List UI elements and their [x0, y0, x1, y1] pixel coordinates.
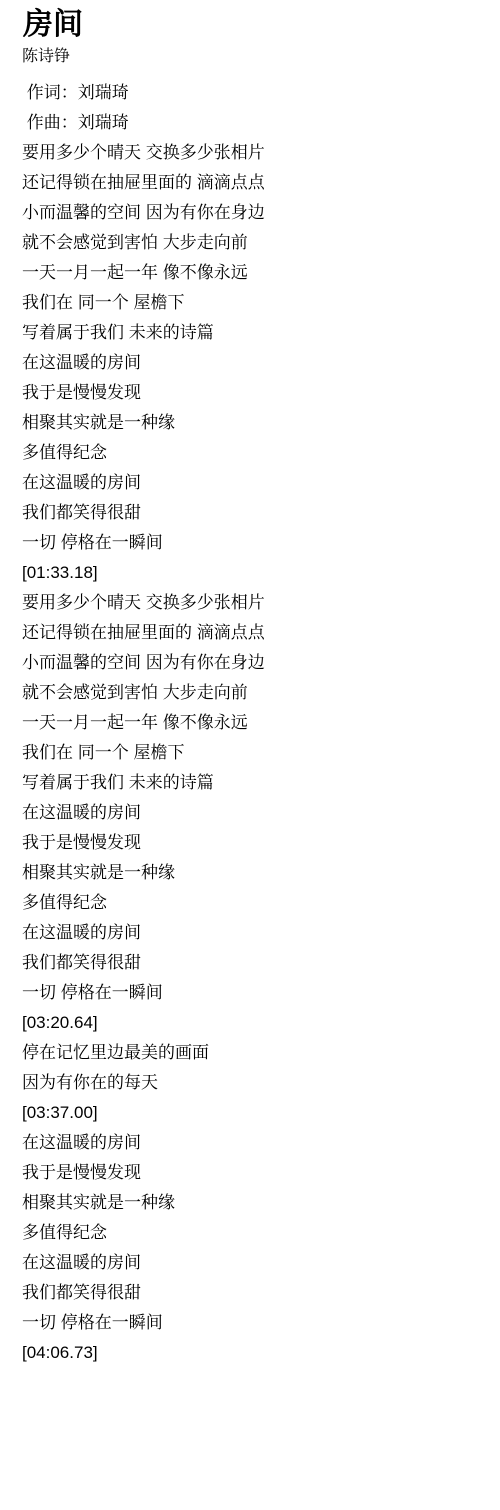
- lyric-line: 一切 停格在一瞬间: [22, 1308, 484, 1338]
- lyric-line: 停在记忆里边最美的画面: [22, 1038, 484, 1068]
- lyric-line: 我们在 同一个 屋檐下: [22, 738, 484, 768]
- timestamp-line: [01:33.18]: [22, 558, 484, 588]
- lyric-line: 写着属于我们 未来的诗篇: [22, 318, 484, 348]
- timestamp-line: [04:06.73]: [22, 1338, 484, 1368]
- lyric-line: 小而温馨的空间 因为有你在身边: [22, 198, 484, 228]
- lyric-line: 还记得锁在抽屉里面的 滴滴点点: [22, 168, 484, 198]
- timestamp-line: [03:37.00]: [22, 1098, 484, 1128]
- lyric-line: 因为有你在的每天: [22, 1068, 484, 1098]
- lyric-line: 就不会感觉到害怕 大步走向前: [22, 678, 484, 708]
- lyrics-block: 作词：刘瑞琦 作曲：刘瑞琦要用多少个晴天 交换多少张相片还记得锁在抽屉里面的 滴…: [22, 78, 484, 1368]
- lyrics-page: 房间 陈诗铮 作词：刘瑞琦 作曲：刘瑞琦要用多少个晴天 交换多少张相片还记得锁在…: [0, 0, 500, 1510]
- lyric-line: 就不会感觉到害怕 大步走向前: [22, 228, 484, 258]
- lyric-line: 在这温暖的房间: [22, 918, 484, 948]
- lyric-line: 作词：刘瑞琦: [22, 78, 484, 108]
- lyric-line: 我们都笑得很甜: [22, 1278, 484, 1308]
- lyric-line: 我们都笑得很甜: [22, 948, 484, 978]
- lyric-line: 一天一月一起一年 像不像永远: [22, 708, 484, 738]
- lyric-line: 写着属于我们 未来的诗篇: [22, 768, 484, 798]
- song-title: 房间: [23, 6, 484, 44]
- lyric-line: 作曲：刘瑞琦: [22, 108, 484, 138]
- lyric-line: 一切 停格在一瞬间: [22, 528, 484, 558]
- lyric-line: 相聚其实就是一种缘: [22, 858, 484, 888]
- lyric-line: 一天一月一起一年 像不像永远: [22, 258, 484, 288]
- lyric-line: 在这温暖的房间: [22, 798, 484, 828]
- lyric-line: 要用多少个晴天 交换多少张相片: [22, 588, 484, 618]
- timestamp-line: [03:20.64]: [22, 1008, 484, 1038]
- lyric-line: 多值得纪念: [22, 1218, 484, 1248]
- lyric-line: 小而温馨的空间 因为有你在身边: [22, 648, 484, 678]
- lyric-line: 在这温暖的房间: [22, 468, 484, 498]
- lyric-line: 我们都笑得很甜: [22, 498, 484, 528]
- lyric-line: 我于是慢慢发现: [22, 378, 484, 408]
- lyric-line: 在这温暖的房间: [22, 1248, 484, 1278]
- lyric-line: 在这温暖的房间: [22, 348, 484, 378]
- lyric-line: 要用多少个晴天 交换多少张相片: [22, 138, 484, 168]
- lyric-line: 一切 停格在一瞬间: [22, 978, 484, 1008]
- lyric-line: 还记得锁在抽屉里面的 滴滴点点: [22, 618, 484, 648]
- lyric-line: 我于是慢慢发现: [22, 1158, 484, 1188]
- lyric-line: 我们在 同一个 屋檐下: [22, 288, 484, 318]
- artist-name: 陈诗铮: [22, 46, 484, 68]
- lyric-line: 相聚其实就是一种缘: [22, 408, 484, 438]
- lyric-line: 我于是慢慢发现: [22, 828, 484, 858]
- lyric-line: 在这温暖的房间: [22, 1128, 484, 1158]
- lyric-line: 相聚其实就是一种缘: [22, 1188, 484, 1218]
- lyric-line: 多值得纪念: [22, 888, 484, 918]
- lyric-line: 多值得纪念: [22, 438, 484, 468]
